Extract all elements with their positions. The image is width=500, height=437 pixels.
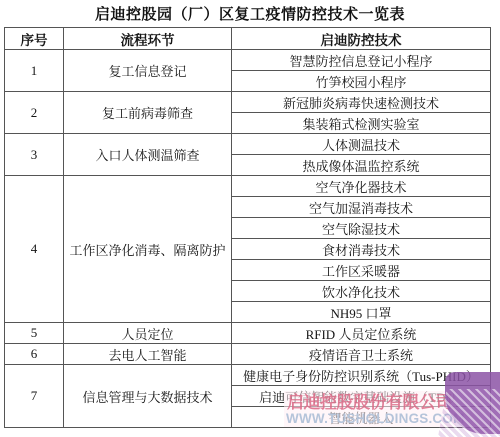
cell-tech: 空气除湿技术 (232, 218, 491, 239)
cell-process: 去电人工智能 (64, 344, 232, 365)
cell-process: 人员定位 (64, 323, 232, 344)
cell-tech: NH95 口罩 (232, 302, 491, 323)
table-row: 7 信息管理与大数据技术 健康电子身份防控识别系统（Tus-PHID） (5, 365, 491, 386)
cell-index: 3 (5, 134, 64, 176)
cell-tech: 集装箱式检测实验室 (232, 113, 491, 134)
cell-tech: 人体测温技术 (232, 134, 491, 155)
cell-process: 入口人体测温筛查 (64, 134, 232, 176)
col-header-tech: 启迪防控技术 (232, 28, 491, 50)
table-row: 3 入口人体测温筛查 人体测温技术 (5, 134, 491, 155)
cell-index: 2 (5, 92, 64, 134)
table-row: 1 复工信息登记 智慧防控信息登记小程序 (5, 50, 491, 71)
header-row: 序号 流程环节 启迪防控技术 (5, 28, 491, 50)
col-header-index: 序号 (5, 28, 64, 50)
cell-index: 4 (5, 176, 64, 323)
cell-tech: 新冠肺炎病毒快速检测技术 (232, 92, 491, 113)
cell-process: 复工信息登记 (64, 50, 232, 92)
cell-index: 7 (5, 365, 64, 428)
prevention-tech-table: 序号 流程环节 启迪防控技术 1 复工信息登记 智慧防控信息登记小程序 竹笋校园… (4, 27, 491, 428)
col-header-process: 流程环节 (64, 28, 232, 50)
cell-tech: 饮水净化技术 (232, 281, 491, 302)
cell-process: 复工前病毒筛查 (64, 92, 232, 134)
document-page: { "title": "启迪控股园（厂）区复工疫情防控技术一览表", "tabl… (0, 0, 500, 437)
watermark-company-text: 启迪控股股份有限公司 (287, 393, 453, 413)
cell-tech: 食材消毒技术 (232, 239, 491, 260)
cell-tech: 空气净化器技术 (232, 176, 491, 197)
table-row: 5 人员定位 RFID 人员定位系统 (5, 323, 491, 344)
cell-tech: 工作区采暖器 (232, 260, 491, 281)
table-row: 6 去电人工智能 疫情语音卫士系统 (5, 344, 491, 365)
table-row: 2 复工前病毒筛查 新冠肺炎病毒快速检测技术 (5, 92, 491, 113)
page-title: 启迪控股园（厂）区复工疫情防控技术一览表 (0, 3, 500, 24)
cell-index: 6 (5, 344, 64, 365)
corner-hatch-pattern (438, 389, 500, 437)
cell-tech: 热成像体温监控系统 (232, 155, 491, 176)
table-row: 4 工作区净化消毒、隔离防护 空气净化器技术 (5, 176, 491, 197)
cell-tech: 疫情语音卫士系统 (232, 344, 491, 365)
cell-tech: RFID 人员定位系统 (232, 323, 491, 344)
cell-tech: 空气加湿消毒技术 (232, 197, 491, 218)
cell-index: 1 (5, 50, 64, 92)
watermark-url-text: WWW.TUSHOLDINGS.COM (286, 411, 456, 426)
cell-tech: 智慧防控信息登记小程序 (232, 50, 491, 71)
cell-process: 工作区净化消毒、隔离防护 (64, 176, 232, 323)
cell-process: 信息管理与大数据技术 (64, 365, 232, 428)
cell-tech: 竹笋校园小程序 (232, 71, 491, 92)
cell-index: 5 (5, 323, 64, 344)
